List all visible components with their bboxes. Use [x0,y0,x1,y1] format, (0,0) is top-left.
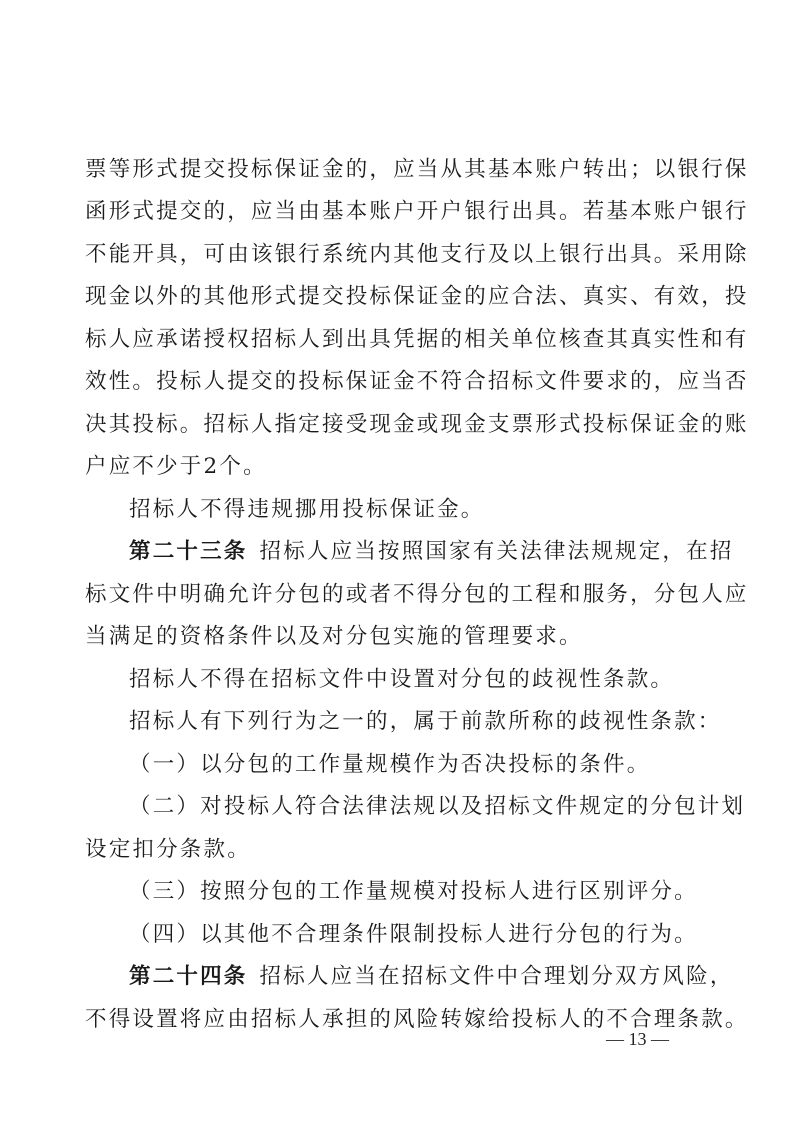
article-label: 第二十四条 [129,964,248,989]
paragraph-line: 票等形式提交投标保证金的，应当从其基本账户转出；以银行保 [85,155,715,185]
article-label: 第二十三条 [129,539,248,564]
paragraph-line: 标文件中明确允许分包的或者不得分包的工程和服务，分包人应 [85,580,715,610]
paragraph-line: 招标人有下列行为之一的，属于前款所称的歧视性条款： [129,707,759,737]
list-item-continuation: 设定扣分条款。 [85,835,715,865]
paragraph-line: 现金以外的其他形式提交投标保证金的应合法、真实、有效，投 [85,282,715,312]
list-item: （四）以其他不合理条件限制投标人进行分包的行为。 [129,920,759,950]
paragraph-line: 不能开具，可由该银行系统内其他支行及以上银行出具。采用除 [85,240,715,270]
paragraph-line: 效性。投标人提交的投标保证金不符合招标文件要求的，应当否 [85,367,715,397]
paragraph-line: 标人应承诺授权招标人到出具凭据的相关单位核查其真实性和有 [85,325,715,355]
list-item: （三）按照分包的工作量规模对投标人进行区别评分。 [129,877,759,907]
paragraph-line: 当满足的资格条件以及对分包实施的管理要求。 [85,622,715,652]
article-23-heading-line: 第二十三条招标人应当按照国家有关法律法规规定，在招 [129,537,759,567]
paragraph-text: 招标人应当按照国家有关法律法规规定，在招 [260,539,734,564]
list-item: （二）对投标人符合法律法规以及招标文件规定的分包计划 [129,792,759,822]
paragraph-text: 招标人应当在招标文件中合理划分双方风险， [260,964,734,989]
list-item: （一）以分包的工作量规模作为否决投标的条件。 [129,750,759,780]
paragraph-line: 决其投标。招标人指定接受现金或现金支票形式投标保证金的账 [85,410,715,440]
page-number: — 13 — [606,1027,669,1051]
paragraph-line: 函形式提交的，应当由基本账户开户银行出具。若基本账户银行 [85,197,715,227]
article-24-heading-line: 第二十四条招标人应当在招标文件中合理划分双方风险， [129,962,759,992]
paragraph-line: 招标人不得在招标文件中设置对分包的歧视性条款。 [129,665,759,695]
paragraph-line: 招标人不得违规挪用投标保证金。 [129,495,759,525]
document-page: 票等形式提交投标保证金的，应当从其基本账户转出；以银行保 函形式提交的，应当由基… [0,0,793,1121]
paragraph-line: 户应不少于2个。 [85,452,715,482]
